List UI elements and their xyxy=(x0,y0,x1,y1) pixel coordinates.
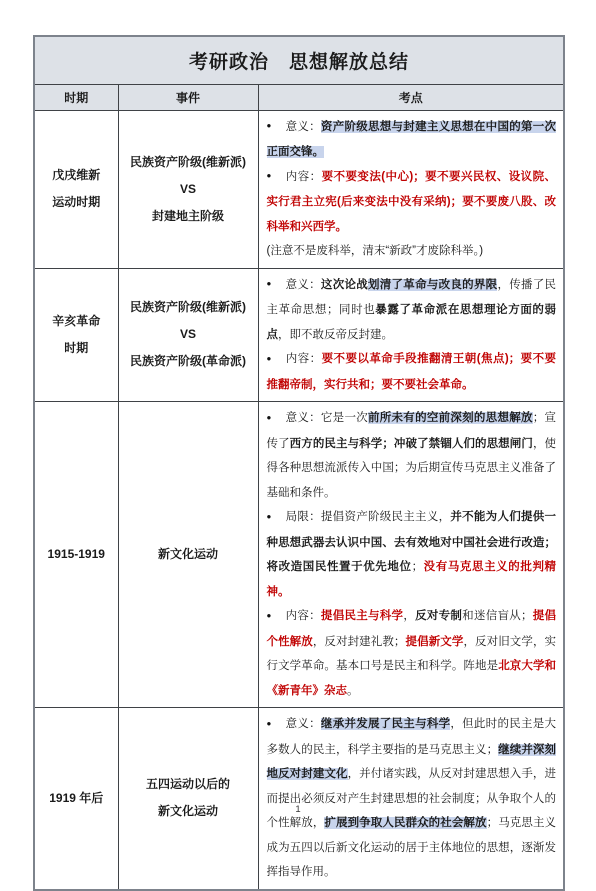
text-run: ，反对封建礼教； xyxy=(313,636,406,648)
title-row: 考研政治 思想解放总结 xyxy=(34,36,564,84)
table-row: 1915-1919新文化运动●意义：它是一次前所未有的空前深刻的思想解放；宣传了… xyxy=(34,402,564,708)
point-paragraph: ●意义：继承并发展了民主与科学，但此时的民主是大多数人的民主，科学主要指的是马克… xyxy=(267,712,557,885)
period-cell: 1915-1919 xyxy=(34,402,118,708)
text-run: 和迷信盲从； xyxy=(462,610,532,622)
text-run: (注意不是废科举，清末“新政”才废除科举。) xyxy=(267,245,484,257)
text-run: 内容： xyxy=(286,610,321,622)
bullet-icon: ● xyxy=(267,719,272,728)
event-cell: 民族资产阶级(维新派)VS民族资产阶级(革命派) xyxy=(118,268,258,402)
point-paragraph: ●局限：提倡资产阶级民主主义，并不能为人们提供一种思想武器去认识中国、去有效地对… xyxy=(267,505,557,604)
event-line: 新文化运动 xyxy=(121,541,256,568)
text-run: ，即不敢反帝反封建。 xyxy=(278,329,393,341)
points-cell: ●意义：这次论战划清了革命与改良的界限，传播了民主革命思想；同时也暴露了革命派在… xyxy=(258,268,564,402)
bullet-icon: ● xyxy=(267,171,272,180)
bullet-icon: ● xyxy=(267,279,272,288)
period-cell: 辛亥革命时期 xyxy=(34,268,118,402)
event-cell: 民族资产阶级(维新派)VS封建地主阶级 xyxy=(118,110,258,268)
text-run: 反对专制 xyxy=(415,610,462,622)
event-cell: 五四运动以后的新文化运动 xyxy=(118,708,258,890)
table-body: 戊戌维新运动时期民族资产阶级(维新派)VS封建地主阶级●意义：资产阶级思想与封建… xyxy=(34,110,564,890)
event-line: 民族资产阶级(革命派) xyxy=(121,348,256,375)
point-paragraph: ●内容：要不要以革命手段推翻清王朝(焦点)；要不要推翻帝制，实行共和；要不要社会… xyxy=(267,347,557,397)
bullet-icon: ● xyxy=(267,512,272,521)
text-run: 这次论战 xyxy=(321,279,368,291)
points-cell: ●意义：继承并发展了民主与科学，但此时的民主是大多数人的民主，科学主要指的是马克… xyxy=(258,708,564,890)
text-run: 继承并发展了民主与科学 xyxy=(321,718,450,730)
point-paragraph: ●意义：它是一次前所未有的空前深刻的思想解放；宣传了西方的民主与科学；冲破了禁锢… xyxy=(267,406,557,505)
point-paragraph: ●意义：资产阶级思想与封建主义思想在中国的第一次正面交锋。 xyxy=(267,115,557,165)
period-line: 辛亥革命 xyxy=(37,308,116,335)
event-line: VS xyxy=(121,176,256,203)
text-run: 前所未有的空前深刻的思想解放 xyxy=(368,412,533,424)
column-header-period: 时期 xyxy=(34,84,118,110)
event-cell: 新文化运动 xyxy=(118,402,258,708)
summary-table-wrapper: 考研政治 思想解放总结 时期 事件 考点 戊戌维新运动时期民族资产阶级(维新派)… xyxy=(33,35,563,891)
period-line: 运动时期 xyxy=(37,189,116,216)
text-run: 意义： xyxy=(286,718,321,730)
text-run: 意义：它是一次 xyxy=(286,412,368,424)
point-paragraph: ●意义：这次论战划清了革命与改良的界限，传播了民主革命思想；同时也暴露了革命派在… xyxy=(267,273,557,348)
column-header-points: 考点 xyxy=(258,84,564,110)
bullet-icon: ● xyxy=(267,413,272,422)
column-header-row: 时期 事件 考点 xyxy=(34,84,564,110)
point-paragraph: ●内容：提倡民主与科学，反对专制和迷信盲从；提倡个性解放，反对封建礼教；提倡新文… xyxy=(267,604,557,703)
summary-table: 考研政治 思想解放总结 时期 事件 考点 戊戌维新运动时期民族资产阶级(维新派)… xyxy=(33,35,565,891)
period-line: 时期 xyxy=(37,335,116,362)
text-run: 西方的民主与科学；冲破了禁锢人们的思想闸门 xyxy=(290,438,533,450)
page-number: 1 xyxy=(0,804,596,815)
table-head: 考研政治 思想解放总结 时期 事件 考点 xyxy=(34,36,564,110)
period-cell: 1919 年后 xyxy=(34,708,118,890)
event-line: 封建地主阶级 xyxy=(121,203,256,230)
bullet-icon: ● xyxy=(267,121,272,130)
column-header-event: 事件 xyxy=(118,84,258,110)
event-line: VS xyxy=(121,321,256,348)
period-line: 戊戌维新 xyxy=(37,162,116,189)
text-run: 提倡新文学 xyxy=(405,636,463,648)
point-paragraph: ●内容：要不要变法(中心)；要不要兴民权、设议院、实行君主立宪(后来变法中没有采… xyxy=(267,165,557,240)
text-run: 意义： xyxy=(286,121,321,133)
bullet-icon: ● xyxy=(267,611,272,620)
point-paragraph: (注意不是废科举，清末“新政”才废除科举。) xyxy=(267,239,557,264)
text-run: 意义： xyxy=(286,279,321,291)
text-run: 内容： xyxy=(286,353,322,365)
text-run: 扩展到争取人民群众的社会解放 xyxy=(324,817,486,829)
text-run: 提倡民主与科学 xyxy=(321,610,403,622)
text-run: 内容： xyxy=(286,171,322,183)
points-cell: ●意义：资产阶级思想与封建主义思想在中国的第一次正面交锋。●内容：要不要变法(中… xyxy=(258,110,564,268)
table-row: 辛亥革命时期民族资产阶级(维新派)VS民族资产阶级(革命派)●意义：这次论战划清… xyxy=(34,268,564,402)
text-run: ， xyxy=(403,610,415,622)
table-row: 1919 年后五四运动以后的新文化运动●意义：继承并发展了民主与科学，但此时的民… xyxy=(34,708,564,890)
event-line: 民族资产阶级(维新派) xyxy=(121,294,256,321)
text-run: ； xyxy=(412,561,424,573)
text-run: 。 xyxy=(347,685,359,697)
period-line: 1915-1919 xyxy=(37,541,116,568)
document-page: 考研政治 思想解放总结 时期 事件 考点 戊戌维新运动时期民族资产阶级(维新派)… xyxy=(0,0,596,842)
event-line: 民族资产阶级(维新派) xyxy=(121,149,256,176)
bullet-icon: ● xyxy=(267,354,272,363)
table-row: 戊戌维新运动时期民族资产阶级(维新派)VS封建地主阶级●意义：资产阶级思想与封建… xyxy=(34,110,564,268)
event-line: 五四运动以后的 xyxy=(121,771,256,798)
period-cell: 戊戌维新运动时期 xyxy=(34,110,118,268)
text-run: 划清了革命与改良的界限 xyxy=(368,279,497,291)
text-run: 局限：提倡资产阶级民主主义， xyxy=(286,511,451,523)
points-cell: ●意义：它是一次前所未有的空前深刻的思想解放；宣传了西方的民主与科学；冲破了禁锢… xyxy=(258,402,564,708)
page-title: 考研政治 思想解放总结 xyxy=(34,36,564,84)
